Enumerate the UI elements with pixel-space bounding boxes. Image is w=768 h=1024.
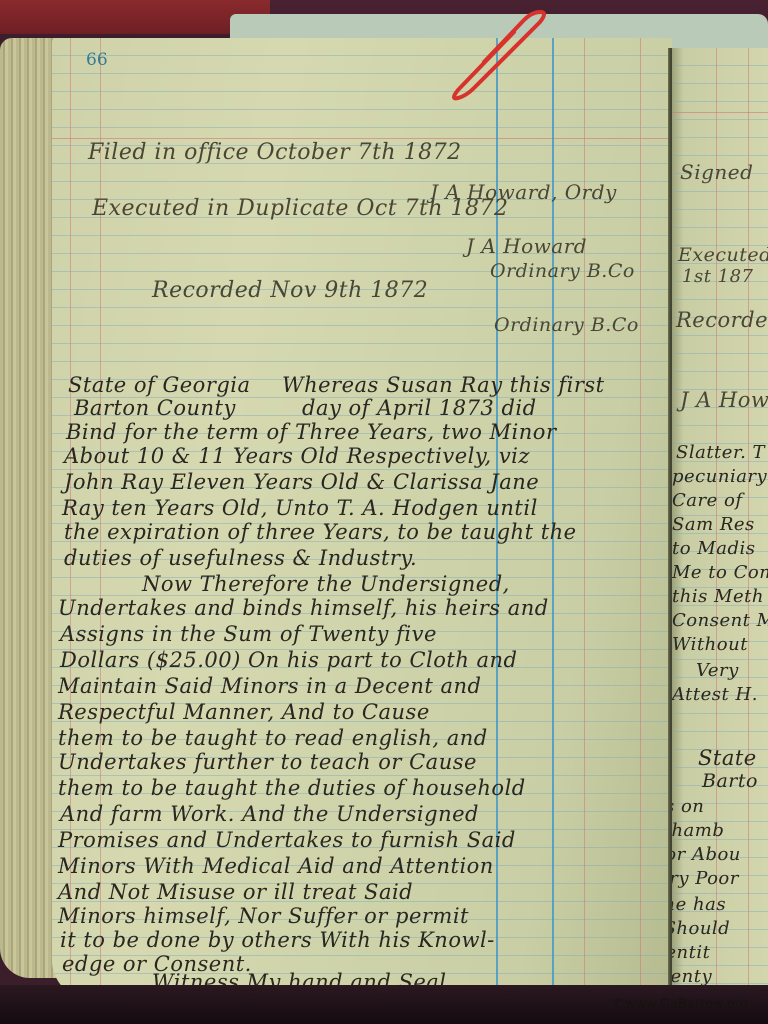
right-fragment: Me to Com <box>672 562 768 583</box>
right-fragment: is Very Poor <box>672 868 739 889</box>
right-fragment: of Twenty <box>672 966 712 987</box>
body-line: Minors himself, Nor Suffer or permit <box>58 904 469 928</box>
venue-state: State of Georgia <box>68 373 251 397</box>
margin-line <box>748 48 749 1024</box>
right-fragment: Without <box>672 634 748 655</box>
right-fragment: Recorde <box>676 308 768 332</box>
column-line <box>640 38 641 1000</box>
executed-signature: J A Howard <box>466 234 587 258</box>
body-line: Undertakes and binds himself, his heirs … <box>58 596 549 620</box>
right-fragment: Consent M <box>672 610 768 631</box>
body-line: the expiration of three Years, to be tau… <box>64 520 577 544</box>
body-line: John Ray Eleven Years Old & Clarissa Jan… <box>64 470 539 494</box>
body-line: Respectful Manner, And to Cause <box>58 700 430 724</box>
header-rule <box>52 138 672 139</box>
right-fragment: Slatter. T <box>676 442 765 463</box>
watermark: ©www.GaBartow.org <box>612 997 748 1012</box>
body-line: Bind for the term of Three Years, two Mi… <box>66 420 556 444</box>
paperclip-icon <box>444 10 549 102</box>
right-fragment: 1st 187 <box>682 266 754 287</box>
body-line: Minors With Medical Aid and Attention <box>58 854 494 878</box>
right-fragment: Very <box>696 660 739 681</box>
body-line: And Not Misuse or ill treat Said <box>58 880 413 904</box>
right-fragment: pecuniary <box>672 466 767 487</box>
right-fragment: Care of <box>672 490 742 511</box>
right-fragment: Executed <box>678 244 768 266</box>
body-line: Dollars ($25.00) On his part to Cloth an… <box>60 648 518 672</box>
body-line: Whereas Susan Ray this first <box>282 373 605 397</box>
right-fragment: Sam Res <box>672 514 755 535</box>
header-rule <box>672 112 768 113</box>
right-fragment: Attest H. <box>672 684 758 705</box>
right-fragment: this Meth <box>672 586 764 607</box>
executed-note: Executed in Duplicate Oct 7th 1872 <box>92 196 509 221</box>
right-fragment: pass on <box>672 796 704 817</box>
right-fragment: at Chamb <box>672 820 724 841</box>
left-ledger-page: 66 Filed in office October 7th 1872 J A … <box>52 38 672 1000</box>
right-fragment: and he has <box>672 894 726 915</box>
right-ledger-page: Signed Executed 1st 187 Recorde J A How … <box>672 48 768 1024</box>
page-stack-edge <box>0 38 58 978</box>
right-fragment: to Madis <box>672 538 755 559</box>
recorded-note: Recorded Nov 9th 1872 <box>152 278 428 303</box>
right-fragment: Barto <box>702 770 758 792</box>
page-number: 66 <box>86 50 108 70</box>
right-fragment: title entit <box>672 942 710 963</box>
body-line: them to be taught the duties of househol… <box>58 776 526 800</box>
venue-county: Barton County <box>74 396 236 420</box>
body-line: duties of usefulness & Industry. <box>64 546 417 570</box>
executed-title: Ordinary B.Co <box>490 260 635 282</box>
body-line: day of April 1873 did <box>302 396 537 420</box>
body-line: Maintain Said Minors in a Decent and <box>58 674 481 698</box>
body-line: Promises and Undertakes to furnish Said <box>58 828 516 852</box>
body-line: Undertakes further to teach or Cause <box>58 750 477 774</box>
body-line: it to be done by others With his Knowl- <box>60 928 495 952</box>
right-fragment: and Should <box>672 918 730 939</box>
body-line: About 10 & 11 Years Old Respectively, vi… <box>64 444 530 468</box>
body-line: Ray ten Years Old, Unto T. A. Hodgen unt… <box>62 496 538 520</box>
right-fragment: J A How <box>680 388 768 412</box>
body-line: And farm Work. And the Undersigned <box>60 802 479 826</box>
right-fragment: Signed <box>680 160 753 184</box>
right-fragment: Minor Abou <box>672 844 741 865</box>
body-line: Now Therefore the Undersigned, <box>142 572 510 596</box>
right-fragment: State <box>698 746 757 770</box>
recorded-title: Ordinary B.Co <box>494 314 639 336</box>
body-line: Assigns in the Sum of Twenty five <box>60 622 437 646</box>
body-line: them to be taught to read english, and <box>58 726 488 750</box>
filed-note: Filed in office October 7th 1872 <box>88 140 462 165</box>
